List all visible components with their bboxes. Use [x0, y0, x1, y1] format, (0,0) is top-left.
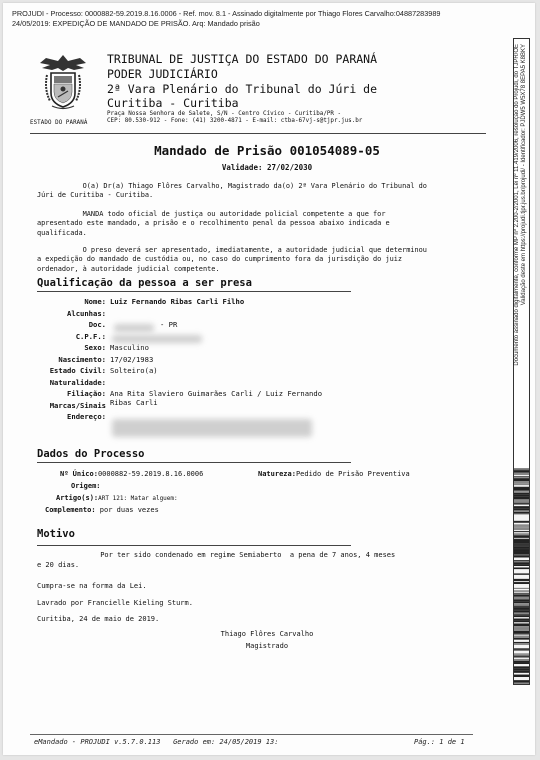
barcode-icon — [514, 468, 529, 684]
field-label: Sexo: — [84, 343, 106, 353]
origem-row: Origem: — [71, 481, 101, 491]
artigo-label: Artigo(s): — [56, 494, 98, 502]
validation-side-text: Documento assinado digitalmente, conform… — [514, 38, 529, 478]
side-text-line2: Validação deste em https://projudi.tjpr.… — [521, 44, 528, 478]
validity-date: Validade: 27/02/2030 — [0, 163, 534, 172]
natureza-row: Natureza:Pedido de Prisão Preventiva — [258, 469, 410, 479]
paragraph-magistrate: O(a) Dr(a) Thiago Flôres Carvalho, Magis… — [37, 182, 477, 201]
field-label: Marcas/Sinais — [50, 401, 106, 411]
redacted-cpf — [112, 335, 202, 343]
section-divider — [37, 462, 351, 463]
local-data: Curitiba, 24 de maio de 2019. — [37, 615, 159, 625]
cumpra-se: Cumpra-se na forma da Lei. — [37, 582, 147, 592]
section-divider — [37, 291, 351, 292]
redacted-address — [112, 419, 312, 437]
artigo-row: Artigo(s):ART 121: Matar alguem: — [56, 493, 178, 504]
field-value: Solteiro(a) — [110, 366, 158, 376]
poder-judiciario: PODER JUDICIÁRIO — [107, 67, 377, 82]
field-label: Doc. — [89, 320, 106, 330]
footer-generated: eMandado - PROJUDI v.5.7.0.113 Gerado em… — [34, 738, 278, 746]
artigo-value: ART 121: Matar alguem: — [98, 495, 177, 502]
complemento-label: Complemento: — [45, 506, 96, 514]
tribunal-name: TRIBUNAL DE JUSTIÇA DO ESTADO DO PARANÁ — [107, 52, 377, 67]
field-label: Endereço: — [67, 412, 106, 422]
process-number-label: Nº Único: — [60, 470, 98, 478]
origem-label: Origem: — [71, 482, 101, 490]
field-label: Naturalidade: — [50, 378, 106, 388]
signer-name: Thiago Flôres Carvalho — [0, 630, 534, 640]
section-title-motivo: Motivo — [37, 528, 75, 540]
parana-coat-of-arms-icon — [38, 53, 88, 111]
field-label: Nascimento: — [58, 355, 106, 365]
field-value: 17/02/1983 — [110, 355, 153, 365]
field-value: - PR — [160, 320, 177, 330]
section-title-processo: Dados do Processo — [37, 448, 144, 460]
side-text-line1: Documento assinado digitalmente, conform… — [514, 44, 521, 478]
field-label: Filiação: — [67, 389, 106, 399]
page-number: Pág.: 1 de 1 — [414, 738, 465, 746]
process-number-row: Nº Único:0000882-59.2019.8.16.0006 — [60, 469, 203, 479]
court-address-line2: CEP: 80.530-912 - Fone: (41) 3200-4871 -… — [107, 118, 377, 125]
paragraph-manda: MANDA todo oficial de justiça ou autorid… — [37, 210, 477, 238]
court-address-line1: Praça Nossa Senhora de Salete, S/N - Cen… — [107, 111, 377, 118]
vara-name-line1: 2ª Vara Plenário do Tribunal do Júri de — [107, 82, 377, 96]
redacted-doc — [114, 324, 154, 332]
document-title: Mandado de Prisão 001054089-05 — [0, 143, 534, 158]
paragraph-preso: O preso deverá ser apresentado, imediata… — [37, 246, 477, 274]
header-divider — [30, 133, 486, 134]
field-label: C.P.F.: — [76, 332, 106, 342]
footer-divider — [30, 734, 473, 735]
signer-role: Magistrado — [0, 642, 534, 652]
page-footer: eMandado - PROJUDI v.5.7.0.113 Gerado em… — [34, 738, 278, 746]
motivo-text: Por ter sido condenado em regime Semiabe… — [37, 551, 395, 570]
field-value: Masculino — [110, 343, 149, 353]
vara-name-line2: Curitiba - Curitiba — [107, 96, 377, 110]
section-divider — [37, 545, 351, 546]
field-label: Estado Civil: — [50, 366, 106, 376]
signature-note-line1: PROJUDI - Processo: 0000882-59.2019.8.16… — [12, 9, 440, 19]
field-value: Luiz Fernando Ribas Carli Filho — [110, 297, 244, 307]
complemento-row: Complemento: por duas vezes — [45, 505, 159, 515]
projudi-signature-note: PROJUDI - Processo: 0000882-59.2019.8.16… — [12, 9, 440, 29]
complemento-value: por duas vezes — [96, 506, 159, 514]
section-title-qualificacao: Qualificação da pessoa a ser presa — [37, 277, 252, 289]
natureza-value: Pedido de Prisão Preventiva — [296, 470, 410, 478]
estado-label: ESTADO DO PARANÁ — [30, 120, 87, 126]
field-label: Alcunhas: — [67, 309, 106, 319]
natureza-label: Natureza: — [258, 470, 296, 478]
lavrado-por: Lavrado por Francielle Kieling Sturm. — [37, 599, 193, 609]
process-number: 0000882-59.2019.8.16.0006 — [98, 470, 203, 478]
field-value: Ribas Carli — [110, 398, 158, 408]
signature-note-line2: 24/05/2019: EXPEDIÇÃO DE MANDADO DE PRIS… — [12, 19, 440, 29]
field-label: Nome: — [84, 297, 106, 307]
